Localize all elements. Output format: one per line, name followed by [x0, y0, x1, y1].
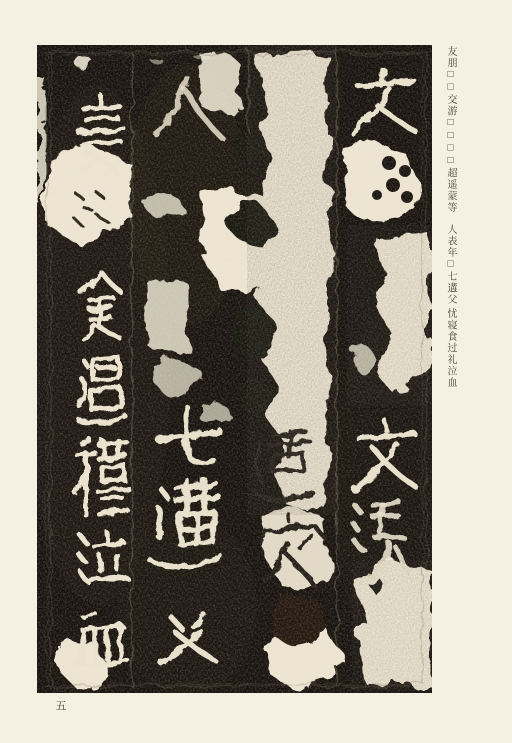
speckle-texture — [37, 45, 432, 693]
caption-phrase: 忧寝食过礼泣血 — [443, 308, 458, 389]
caption-phrase: 人表年□七遘父 — [443, 224, 458, 306]
caption-phrase: 友朋□□交游□ — [443, 46, 458, 130]
folio-number: 一五 — [52, 686, 68, 714]
caption-phrase: □□□超遥蒙等 — [443, 130, 458, 214]
book-page: 友朋□□交游□ □□□超遥蒙等 人表年□七遘父 忧寝食过礼泣血 一五 — [0, 0, 512, 743]
rubbing-plate-image — [37, 45, 432, 693]
